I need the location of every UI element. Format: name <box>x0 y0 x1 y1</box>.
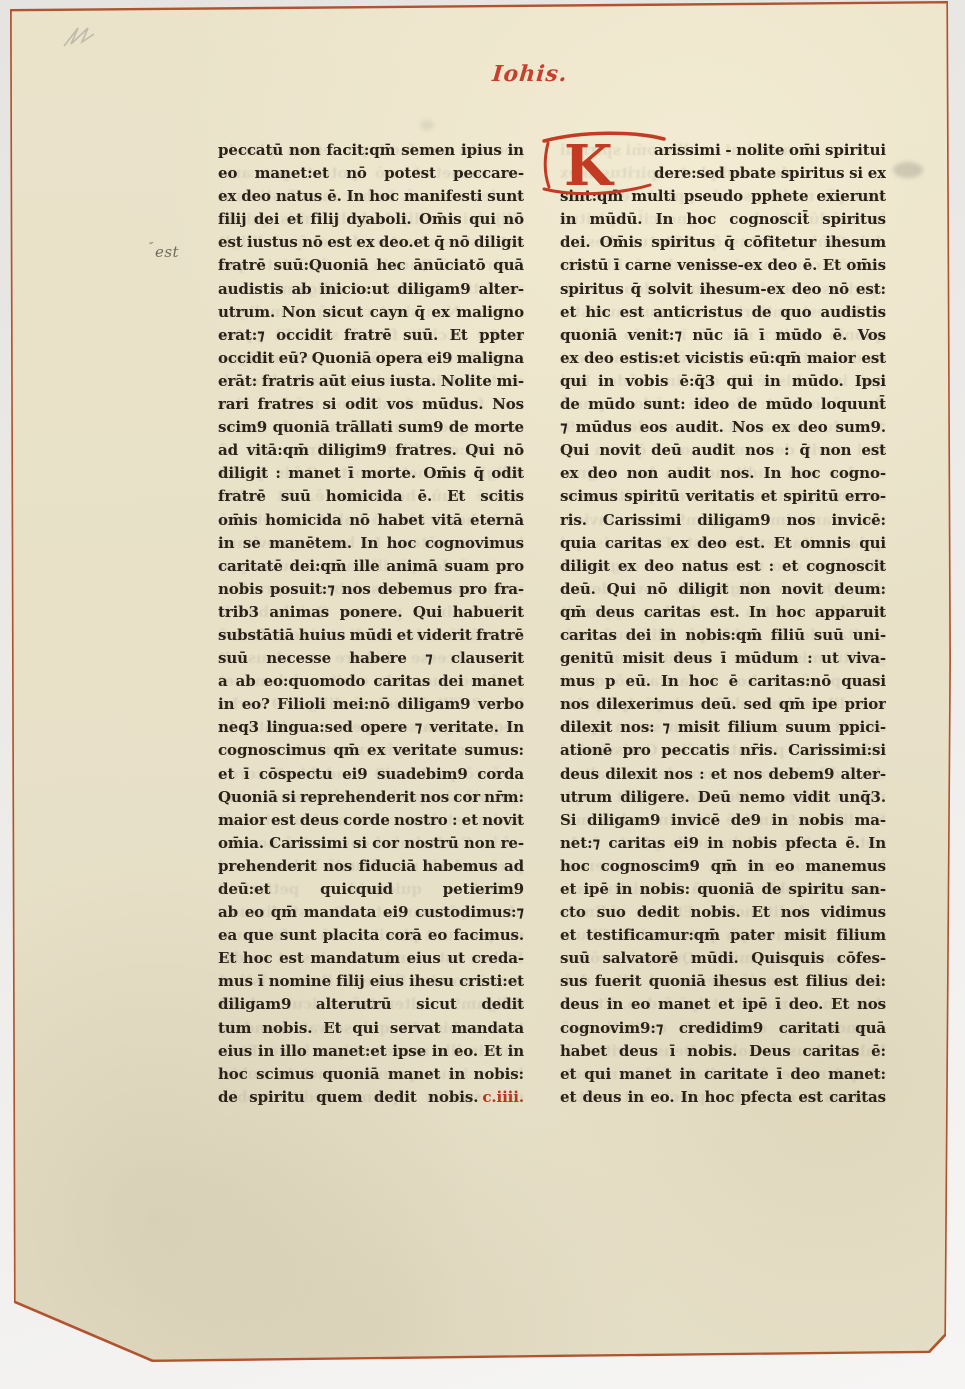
ink-smudge <box>420 120 434 130</box>
text-line: arissimi - nolite om̄i spiritui cre- <box>560 139 886 162</box>
chapter-marker: c.iiii. <box>478 1088 524 1106</box>
text-line: rari fratres si odit vos mūdus. Nos <box>218 393 524 416</box>
text-line: de mūdo sunt: ideo de mūdo loquunt̄ <box>560 393 886 416</box>
text-line: peccatū non facit:qm̄ semen ipius in <box>218 139 524 162</box>
text-line: et testificamur:qm̄ pater misit filium <box>560 924 886 947</box>
text-line: ⁊ mūdus eos audit. Nos ex deo sum9. <box>560 416 886 439</box>
text-line: in se manētem. In hoc cognovimus <box>218 532 524 555</box>
text-line: ab eo qm̄ mandata ei9 custodimus:⁊ <box>218 901 524 924</box>
margin-note-marks: ″ <box>149 240 154 254</box>
text-line: cognoscimus qm̄ ex veritate sumus: <box>218 739 524 762</box>
text-line: in mūdū. In hoc cognoscit̄ spiritus <box>560 208 886 231</box>
ink-smudge <box>893 162 923 178</box>
text-line: qui in vobis ē:q̄3 qui in mūdo. Ipsi <box>560 370 886 393</box>
text-line: sint:qm̄ multi pseudo pphete exierunt <box>560 185 886 208</box>
text-line: hoc scimus quoniā manet in nobis: <box>218 1063 524 1086</box>
text-line: audistis ab inicio:ut diligam9 alter- <box>218 278 524 301</box>
left-text-column: peccatū non facit:qm̄ semen ipius ineo m… <box>218 139 524 1110</box>
text-line: et ī cōspectu ei9 suadebim9 corda nostra… <box>218 763 524 786</box>
text-line: ea que sunt placita corā eo facimus. <box>218 924 524 947</box>
text-line: filij dei et filij dyaboli. Om̄is qui nō <box>218 208 524 231</box>
text-line: quia caritas ex deo est. Et omnis qui <box>560 532 886 555</box>
text-line: spiritus q̄ solvit ihesum-ex deo nō est: <box>560 278 886 301</box>
text-line: dei. Om̄is spiritus q̄ cōfitetur ihesum <box>560 231 886 254</box>
text-line: deū:et quicquid petierim9 accipiemus <box>218 878 524 901</box>
text-line: genitū misit deus ī mūdum : ut viva- <box>560 647 886 670</box>
text-line: scimus spiritū veritatis et spiritū erro… <box>560 485 886 508</box>
text-line: erāt: fratris aūt eius iusta. Nolite mi- <box>218 370 524 393</box>
text-line: ris. Carissimi diligam9 nos invicē: <box>560 509 886 532</box>
text-line: a ab eo:quomodo caritas dei manet <box>218 670 524 693</box>
text-line: caritas dei in nobis:qm̄ filiū suū uni- <box>560 624 886 647</box>
text-line: Qui novit deū audit nos : q̄ non est <box>560 439 886 462</box>
text-line: qm̄ deus caritas est. In hoc apparuit <box>560 601 886 624</box>
text-line: cristū ī carne venisse-ex deo ē. Et om̄i… <box>560 254 886 277</box>
text-line: eius in illo manet:et ipse in eo. Et in <box>218 1040 524 1063</box>
text-line: erat:⁊ occidit fratrē suū. Et ppter quid <box>218 324 524 347</box>
text-line: mus p eū. In hoc ē caritas:nō quasi <box>560 670 886 693</box>
text-line: maior est deus corde nostro : et novit <box>218 809 524 832</box>
text-line: de spiritu quem dedit nobis.c.iiii. <box>218 1086 524 1109</box>
text-line: diligit ex deo natus est : et cognoscit <box>560 555 886 578</box>
text-line: deū. Qui nō diligit non novit deum: <box>560 578 886 601</box>
text-line: dilexit nos: ⁊ misit filium suum ppici- <box>560 716 886 739</box>
text-line: cognovim9:⁊ credidim9 caritati quā <box>560 1017 886 1040</box>
text-line: om̄is homicida nō habet vitā eternā <box>218 509 524 532</box>
text-line: om̄ia. Carissimi si cor nostrū non re- <box>218 832 524 855</box>
text-line: fratrē suū:Quoniā hec ānūciatō quā <box>218 254 524 277</box>
text-line: substātiā huius mūdi et viderit fratrē <box>218 624 524 647</box>
text-line: tum nobis. Et qui servat mandata <box>218 1017 524 1040</box>
text-line: scim9 quoniā trāllati sum9 de morte <box>218 416 524 439</box>
text-line: Quoniā si reprehenderit nos cor nr̄m: <box>218 786 524 809</box>
text-line: net:⁊ caritas ei9 in nobis pfecta ē. In <box>560 832 886 855</box>
text-line: Si diligam9 invicē de9 in nobis ma- <box>560 809 886 832</box>
text-line: ex deo natus ē. In hoc manifesti sunt <box>218 185 524 208</box>
text-line: quoniā venit:⁊ nūc iā ī mūdo ē. Vos <box>560 324 886 347</box>
text-line: prehenderit nos fiduciā habemus ad <box>218 855 524 878</box>
text-line: hoc cognoscim9 qm̄ in eo manemus <box>560 855 886 878</box>
text-line: et ipē in nobis: quoniā de spiritu san- <box>560 878 886 901</box>
text-line: caritatē dei:qm̄ ille animā suam pro <box>218 555 524 578</box>
text-line: eo manet:et nō potest peccare-quoniā <box>218 162 524 185</box>
text-line: trib3 animas ponere. Qui habuerit <box>218 601 524 624</box>
text-line: deus dilexit nos : et nos debem9 alter- <box>560 763 886 786</box>
text-line: suū necesse habere ⁊ clauserit viscera s… <box>218 647 524 670</box>
text-line: fratrē suū homicida ē. Et scitis quoniā <box>218 485 524 508</box>
text-line: utrum. Non sicut cayn q̄ ex maligno <box>218 301 524 324</box>
text-line: et hic est anticristus de quo audistis <box>560 301 886 324</box>
left-column-text: peccatū non facit:qm̄ semen ipius ineo m… <box>218 139 524 1110</box>
right-column-text: arissimi - nolite om̄i spiritui cre-dere… <box>560 139 886 1110</box>
pencil-scribble <box>58 20 114 56</box>
text-line: occidit eū? Quoniā opera ei9 maligna <box>218 347 524 370</box>
text-line: ationē pro peccatis nr̄is. Carissimi:si <box>560 739 886 762</box>
text-line: habet deus ī nobis. Deus caritas ē: <box>560 1040 886 1063</box>
text-line: ex deo non audit nos. In hoc cogno- <box>560 462 886 485</box>
text-line: sus fuerit quoniā ihesus est filius dei: <box>560 970 886 993</box>
text-line: cto suo dedit nobis. Et nos vidimus <box>560 901 886 924</box>
text-line: nobis posuit:⁊ nos debemus pro fra- <box>218 578 524 601</box>
text-line: suū salvatorē mūdi. Quisquis cōfes- <box>560 947 886 970</box>
margin-annotation: ″est <box>149 240 179 261</box>
text-line: dere:sed pbate spiritus si ex deo <box>560 162 886 185</box>
text-line: deus in eo manet et ipē ī deo. Et nos <box>560 993 886 1016</box>
text-line: Et hoc est mandatum eius ut creda- <box>218 947 524 970</box>
right-text-column: arissimi - nolite om̄i spiritui cre-dere… <box>560 139 886 1110</box>
text-line: nos dilexerimus deū. sed qm̄ ipe prior <box>560 693 886 716</box>
text-line: est iustus nō est ex deo.et q̄ nō diligi… <box>218 231 524 254</box>
running-title: Iohis. <box>429 61 631 87</box>
text-line: ex deo estis:et vicistis eū:qm̄ maior es… <box>560 347 886 370</box>
text-line: diligit : manet ī morte. Om̄is q̄ odit <box>218 462 524 485</box>
text-line: neq3 lingua:sed opere ⁊ veritate. In hoc <box>218 716 524 739</box>
text-line: diligam9 alterutrū sicut dedit manda- <box>218 993 524 1016</box>
text-line: in eo? Filioli mei:nō diligam9 verbo <box>218 693 524 716</box>
manuscript-photo: Iohis. ″est peccatū non facit:qm̄ semen … <box>0 0 965 1389</box>
text-line: utrum diligere. Deū nemo vidit unq̄3. <box>560 786 886 809</box>
margin-note-text: est <box>155 243 179 261</box>
text-line: et deus in eo. In hoc pfecta est caritas <box>560 1086 886 1109</box>
text-line: et qui manet in caritate ī deo manet: <box>560 1063 886 1086</box>
text-line: ad vitā:qm̄ diligim9 fratres. Qui nō <box>218 439 524 462</box>
text-line: mus ī nomine filij eius ihesu cristi:et <box>218 970 524 993</box>
